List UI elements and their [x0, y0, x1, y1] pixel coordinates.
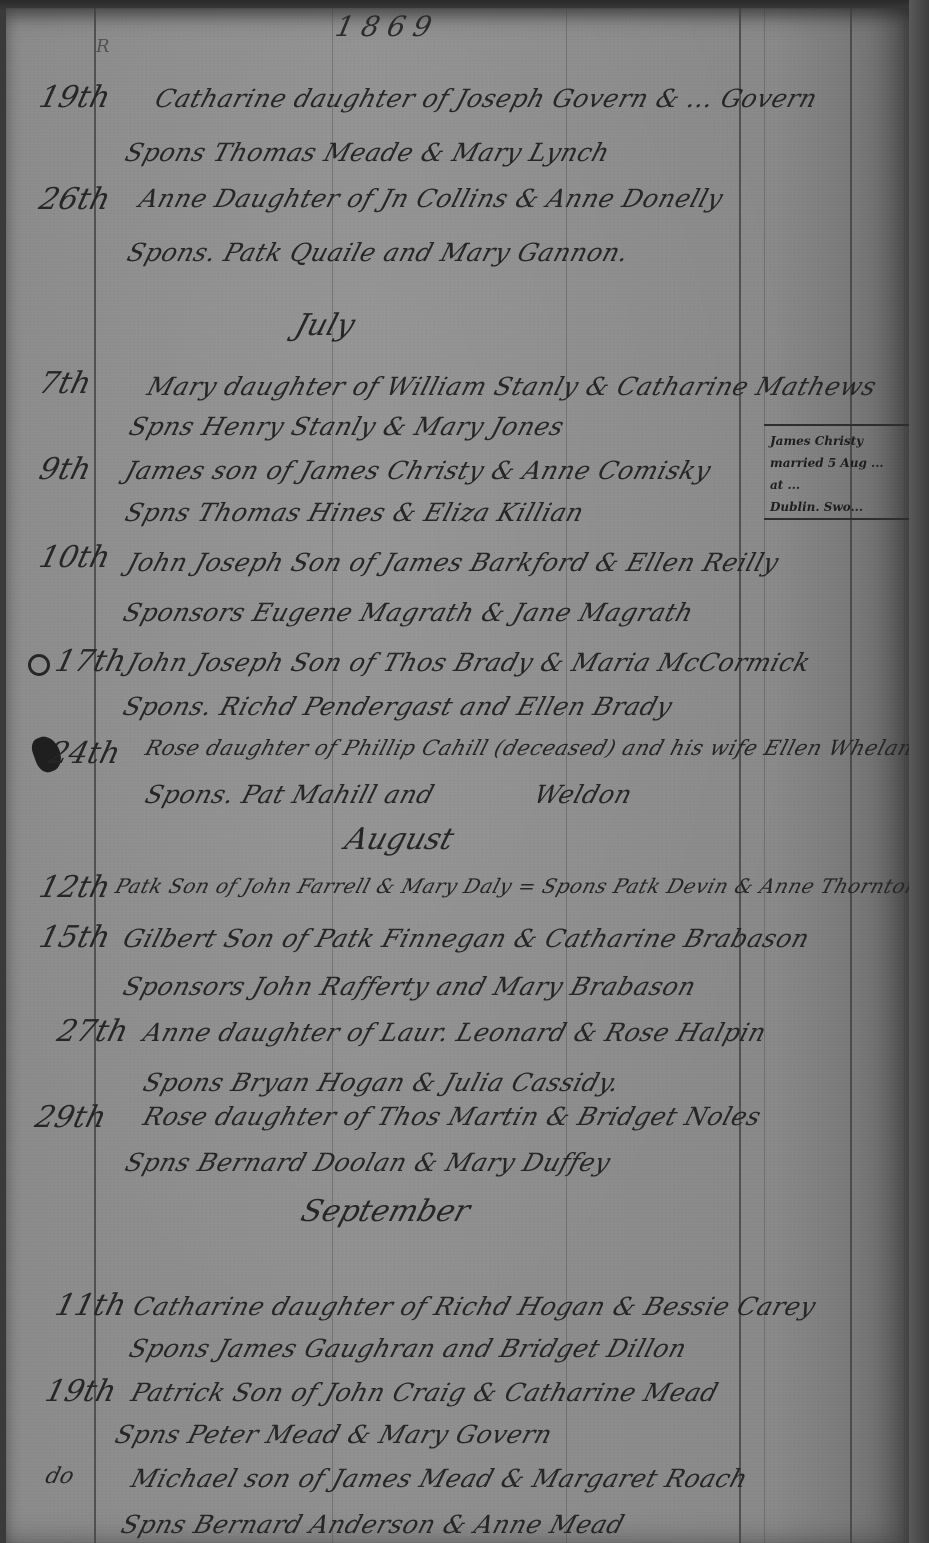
entry-text: Gilbert Son of Patk Finnegan & Catharine…: [120, 924, 813, 953]
entry-date: 10th: [36, 540, 114, 575]
entry-text: Michael son of James Mead & Margaret Roa…: [128, 1464, 751, 1493]
month-heading: July: [291, 308, 359, 343]
sponsors-text: Spns Bernard Anderson & Anne Mead: [118, 1510, 628, 1539]
entry-date: 27th: [54, 1014, 132, 1049]
sponsors-text: Sponsors Eugene Magrath & Jane Magrath: [120, 598, 697, 627]
entry-date: 15th: [36, 920, 114, 955]
margin-note: James Christy married 5 Aug ... at ... D…: [764, 424, 914, 520]
margin-note-line: married 5 Aug ...: [770, 452, 914, 474]
register-page: 1869 R 19th Catharine daughter of Joseph…: [6, 8, 911, 1543]
entry-text: Catharine daughter of Richd Hogan & Bess…: [130, 1292, 820, 1321]
margin-note-line: James Christy: [770, 430, 914, 452]
sponsors-text: Spons Thomas Meade & Mary Lynch: [122, 138, 613, 167]
entry-text: James son of James Christy & Anne Comisk…: [122, 456, 715, 485]
column-rule: [850, 8, 852, 1543]
entry-date: do: [43, 1464, 77, 1489]
month-heading: September: [297, 1194, 474, 1229]
margin-note-line: Dublin. Swo...: [770, 496, 914, 518]
sponsors-text: Spons Bryan Hogan & Julia Cassidy.: [140, 1068, 623, 1097]
entry-text: Rose daughter of Thos Martin & Bridget N…: [140, 1102, 765, 1131]
entry-date: 17th: [52, 644, 130, 679]
sponsors-text: Spns Peter Mead & Mary Govern: [112, 1420, 556, 1449]
entry-text: Rose daughter of Phillip Cahill (decease…: [143, 736, 916, 760]
sponsors-text: Spns Bernard Doolan & Mary Duffey: [122, 1148, 614, 1177]
entry-date: 24th: [46, 736, 124, 771]
entry-date: 19th: [36, 80, 114, 115]
entry-text: Catharine daughter of Joseph Govern & ..…: [152, 84, 821, 113]
entry-date: 9th: [36, 452, 95, 487]
entry-date: 19th: [42, 1374, 120, 1409]
corner-mark: R: [96, 36, 110, 57]
sponsors-text: Spns Henry Stanly & Mary Jones: [126, 412, 568, 441]
circle-mark-icon: [28, 654, 50, 676]
sponsors-text: Spons. Richd Pendergast and Ellen Brady: [120, 692, 676, 721]
entry-text: Patk Son of John Farrell & Mary Daly = S…: [113, 874, 923, 898]
margin-note-line: at ...: [770, 474, 914, 496]
entry-date: 29th: [32, 1100, 110, 1135]
sponsors-text: Spons. Pat Mahill and Weldon: [142, 780, 636, 809]
page-year: 1869: [332, 10, 442, 43]
sponsors-text: Sponsors John Rafferty and Mary Brabason: [120, 972, 700, 1001]
page-binding-edge: [909, 0, 929, 1543]
entry-text: Mary daughter of William Stanly & Cathar…: [144, 372, 880, 401]
sponsors-text: Spons. Patk Quaile and Mary Gannon.: [124, 238, 632, 267]
entry-text: Anne daughter of Laur. Leonard & Rose Ha…: [140, 1018, 770, 1047]
entry-date: 11th: [52, 1288, 130, 1323]
entry-text: John Joseph Son of Thos Brady & Maria Mc…: [124, 648, 814, 677]
entry-text: John Joseph Son of James Barkford & Elle…: [124, 548, 783, 577]
entry-text: Patrick Son of John Craig & Catharine Me…: [128, 1378, 722, 1407]
top-shadow: [0, 0, 929, 10]
column-rule: [904, 8, 905, 1543]
month-heading: August: [341, 822, 458, 857]
sponsors-text: Spns Thomas Hines & Eliza Killian: [122, 498, 588, 527]
entry-date: 12th: [36, 870, 114, 905]
sponsors-text: Spons James Gaughran and Bridget Dillon: [126, 1334, 690, 1363]
entry-text: Anne Daughter of Jn Collins & Anne Donel…: [136, 184, 727, 213]
entry-date: 26th: [36, 182, 114, 217]
entry-date: 7th: [36, 366, 95, 401]
